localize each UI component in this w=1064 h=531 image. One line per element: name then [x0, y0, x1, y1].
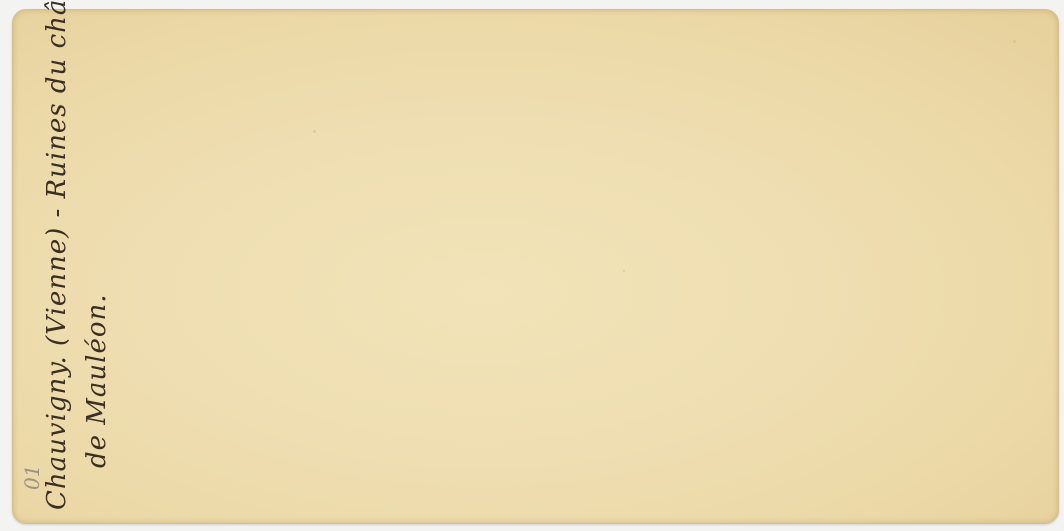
foxing-spot	[623, 270, 625, 272]
foxing-spot	[1013, 40, 1016, 43]
card-back	[12, 9, 1059, 524]
inscription-line-2: de Mauléon.	[82, 293, 112, 468]
foxing-spot	[313, 130, 316, 133]
inscription-line-1: Chauvigny. (Vienne) - Ruines du château	[42, 0, 72, 510]
pencil-number: 01	[20, 465, 44, 490]
